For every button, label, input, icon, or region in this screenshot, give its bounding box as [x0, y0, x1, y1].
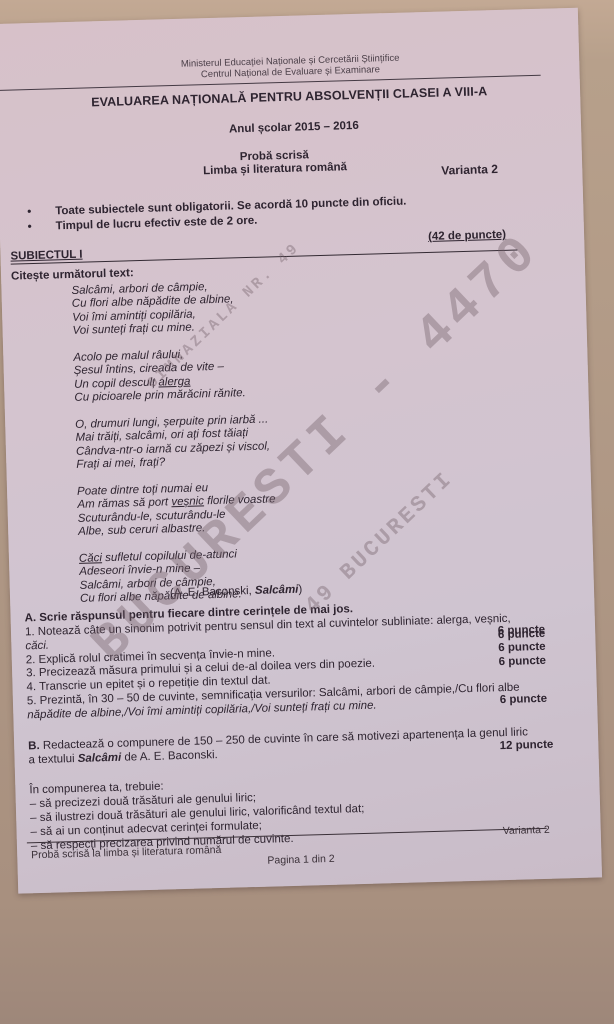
section-divider	[11, 249, 518, 264]
part-b-text: de A. E. Baconski.	[121, 749, 218, 764]
exam-type: Probă scrisă	[240, 149, 309, 163]
read-prompt: Citește următorul text:	[11, 267, 134, 282]
source-title: Salcâmi	[255, 584, 299, 597]
part-b-text: a textului	[28, 753, 78, 766]
task-points: 6 puncte	[500, 693, 548, 708]
exam-page: Ministerul Educației Naționale și Cercet…	[0, 8, 602, 894]
part-b-task: B. Redactează o compunere de 150 – 250 d…	[28, 725, 554, 768]
underlined-word: Căci	[79, 552, 102, 565]
exam-title: EVALUAREA NAȚIONALĂ PENTRU ABSOLVENȚII C…	[91, 84, 487, 109]
task-points: 6 puncte	[498, 641, 546, 656]
part-b-points: 12 puncte	[499, 738, 553, 753]
variant-label: Varianta 2	[441, 162, 498, 178]
page-number: Pagina 1 din 2	[267, 853, 334, 867]
task-points: 6 puncte	[499, 655, 547, 670]
bullet-icon: •	[27, 204, 55, 220]
watermark-stamp-small: 49 BUCURESTI	[300, 467, 458, 619]
task-points: 6 puncte	[498, 627, 546, 642]
bullet-icon: •	[27, 219, 55, 235]
part-b-label: B.	[28, 740, 40, 752]
section-title: SUBIECTUL I	[10, 249, 82, 263]
ministry-header: Ministerul Educației Naționale și Cercet…	[165, 52, 416, 81]
poem-stanza: O, drumuri lungi, șerpuite prin iarbă ..…	[75, 413, 275, 472]
underlined-word: veșnic	[171, 496, 204, 509]
part-b-poem-title: Salcâmi	[78, 752, 122, 765]
instructions-list: •Toate subiectele sunt obligatorii. Se a…	[27, 195, 407, 236]
source-close: )	[298, 584, 302, 596]
school-year: Anul școlar 2015 – 2016	[229, 120, 359, 136]
exam-subject: Limba și literatura română	[203, 161, 347, 177]
footer-variant: Varianta 2	[503, 824, 550, 837]
